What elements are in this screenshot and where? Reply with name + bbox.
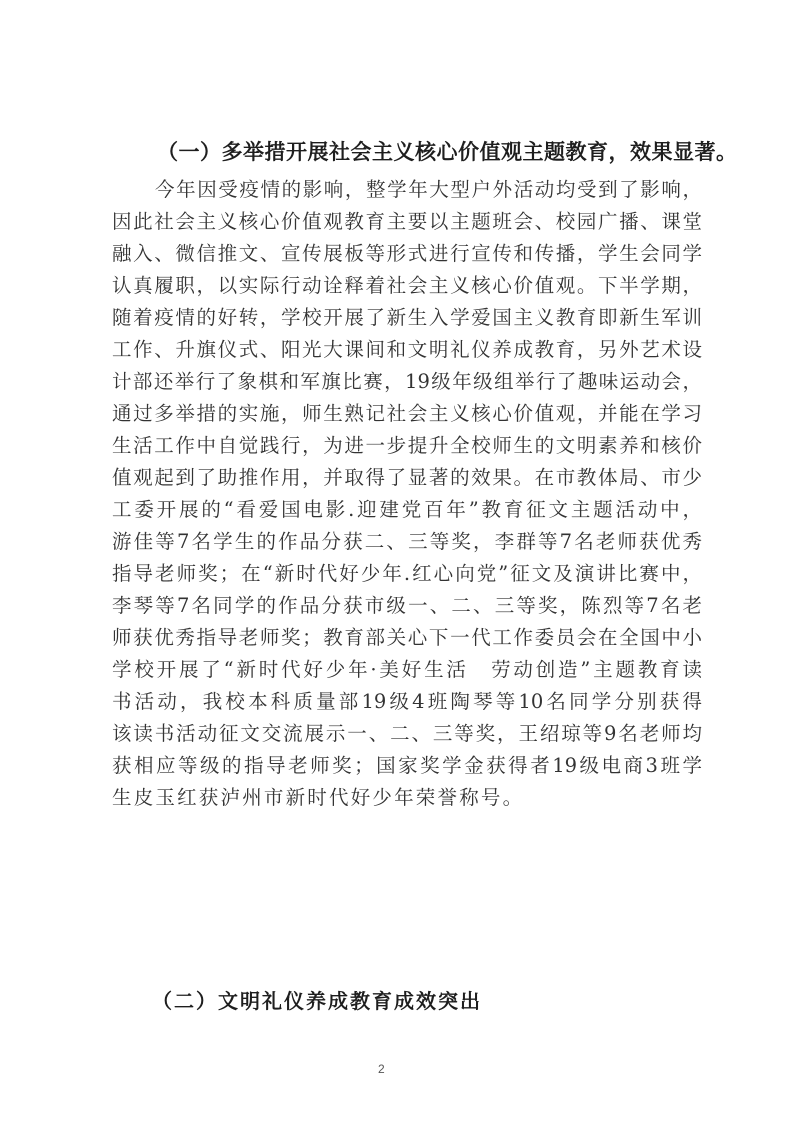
paragraph-line: 工委开展的“看爱国电影.迎建党百年”教育征文主题活动中， — [112, 494, 702, 526]
paragraph-line: 随着疫情的好转，学校开展了新生入学爱国主义教育即新生军训 — [112, 302, 702, 334]
paragraph-line: 今年因受疫情的影响，整学年大型户外活动均受到了影响， — [112, 174, 702, 206]
paragraph-line: 学校开展了“新时代好少年·美好生活 劳动创造”主题教育读 — [112, 654, 702, 686]
paragraph-line: 生活工作中自觉践行，为进一步提升全校师生的文明素养和核价 — [112, 430, 702, 462]
paragraph-line: 融入、微信推文、宣传展板等形式进行宣传和传播，学生会同学 — [112, 238, 702, 270]
paragraph-line: 值观起到了助推作用，并取得了显著的效果。在市教体局、市少 — [112, 462, 702, 494]
paragraph-line: 师获优秀指导老师奖；教育部关心下一代工作委员会在全国中小 — [112, 622, 702, 654]
paragraph-line: 获相应等级的指导老师奖；国家奖学金获得者19级电商3班学 — [112, 750, 702, 782]
paragraph-line: 书活动，我校本科质量部19级4班陶琴等10名同学分别获得 — [112, 686, 702, 718]
paragraph-line: 因此社会主义核心价值观教育主要以主题班会、校园广播、课堂 — [112, 206, 702, 238]
paragraph-line: 工作、升旗仪式、阳光大课间和文明礼仪养成教育，另外艺术设 — [112, 334, 702, 366]
section-heading-2: （二）文明礼仪养成教育成效突出 — [152, 986, 482, 1016]
page-number: 2 — [378, 1062, 385, 1076]
document-page: （一）多举措开展社会主义核心价值观主题教育，效果显著。 今年因受疫情的影响，整学… — [0, 0, 793, 1122]
paragraph-line: 生皮玉红获泸州市新时代好少年荣誉称号。 — [112, 782, 702, 814]
paragraph-line: 该读书活动征文交流展示一、二、三等奖，王绍琼等9名老师均 — [112, 718, 702, 750]
paragraph-line: 李琴等7名同学的作品分获市级一、二、三等奖，陈烈等7名老 — [112, 590, 702, 622]
paragraph-line: 认真履职，以实际行动诠释着社会主义核心价值观。下半学期， — [112, 270, 702, 302]
paragraph-line: 计部还举行了象棋和军旗比赛，19级年级组举行了趣味运动会， — [112, 366, 702, 398]
paragraph-line: 指导老师奖；在“新时代好少年.红心向党”征文及演讲比赛中， — [112, 558, 702, 590]
body-paragraph: 今年因受疫情的影响，整学年大型户外活动均受到了影响， 因此社会主义核心价值观教育… — [112, 174, 702, 814]
paragraph-line: 通过多举措的实施，师生熟记社会主义核心价值观，并能在学习 — [112, 398, 702, 430]
paragraph-line: 游佳等7名学生的作品分获二、三等奖，李群等7名老师获优秀 — [112, 526, 702, 558]
section-heading-1: （一）多举措开展社会主义核心价值观主题教育，效果显著。 — [157, 137, 738, 167]
